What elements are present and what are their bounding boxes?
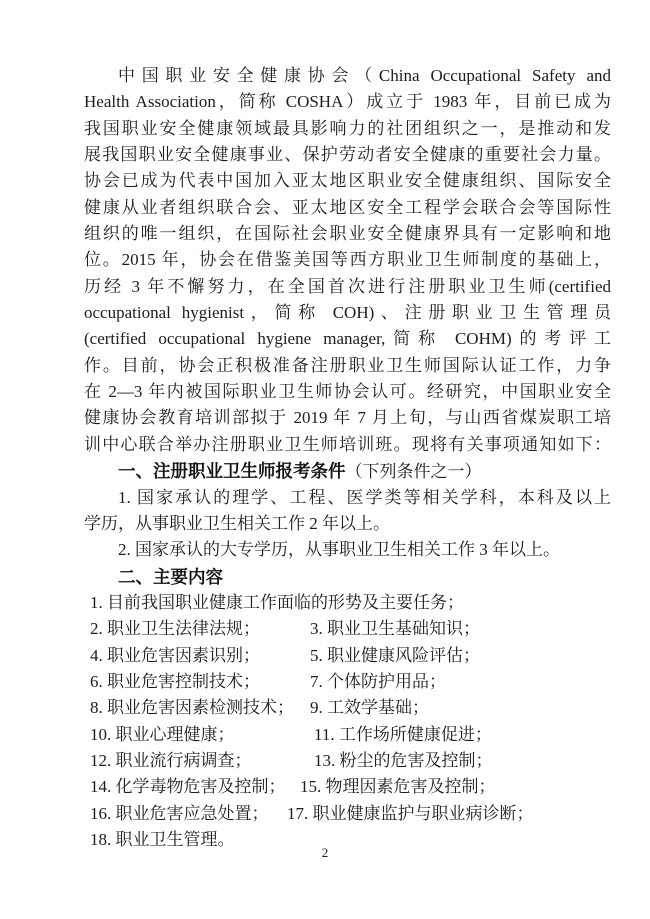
- section1-item-line: 1. 国家承认的理学、工程、医学类等相关学科，本科及以上: [84, 485, 611, 511]
- list-row: 10. 职业心理健康； 11. 工作场所健康促进；: [90, 722, 611, 748]
- paragraph-line: 作。目前，协会正积极准备注册职业卫生师国际认证工作，力争: [84, 353, 611, 379]
- page-number: 2: [0, 845, 650, 861]
- document-page: 中国职业安全健康协会（China Occupational Safety and…: [0, 0, 650, 919]
- paragraph-line: 历经 3 年不懈努力，在全国首次进行注册职业卫生师(certified: [84, 274, 611, 300]
- section1-item-line: 2. 国家承认的大专学历，从事职业卫生相关工作 3 年以上。: [84, 537, 611, 563]
- list-item: 6. 职业危害控制技术；: [90, 669, 310, 695]
- paragraph-line: 训中心联合举办注册职业卫生师培训班。现将有关事项通知如下：: [84, 432, 611, 458]
- list-row: 8. 职业危害因素检测技术； 9. 工效学基础；: [90, 695, 611, 721]
- list-row: 1. 目前我国职业健康工作面临的形势及主要任务；: [90, 590, 611, 616]
- section1-heading-note: （下列条件之一）: [346, 462, 482, 481]
- list-row: 12. 职业流行病调查； 13. 粉尘的危害及控制；: [90, 748, 611, 774]
- section1-items: 1. 国家承认的理学、工程、医学类等相关学科，本科及以上 学历，从事职业卫生相关…: [84, 485, 611, 564]
- paragraph-line: 中国职业安全健康协会（China Occupational Safety and: [84, 63, 611, 89]
- paragraph-line: occupational hygienist，简称 COH)、注册职业卫生管理员: [84, 300, 611, 326]
- section1-heading-title: 一、注册职业卫生师报考条件: [118, 461, 346, 481]
- list-item: 11. 工作场所健康促进；: [314, 722, 611, 748]
- section1-item-line: 学历，从事职业卫生相关工作 2 年以上。: [84, 511, 611, 537]
- list-row: 4. 职业危害因素识别； 5. 职业健康风险评估；: [90, 643, 611, 669]
- paragraph-line: (certified occupational hygiene manager,…: [84, 326, 611, 352]
- document-content: 中国职业安全健康协会（China Occupational Safety and…: [84, 63, 611, 853]
- paragraph-line: 健康协会教育培训部拟于 2019 年 7 月上旬，与山西省煤炭职工培: [84, 405, 611, 431]
- list-item: 7. 个体防护用品；: [310, 669, 611, 695]
- list-row: 6. 职业危害控制技术； 7. 个体防护用品；: [90, 669, 611, 695]
- paragraph-line: 位。2015 年，协会在借鉴美国等西方职业卫生师制度的基础上，: [84, 247, 611, 273]
- section1-heading: 一、注册职业卫生师报考条件（下列条件之一）: [84, 458, 611, 484]
- list-row: 14. 化学毒物危害及控制； 15. 物理因素危害及控制；: [90, 774, 611, 800]
- section2-heading: 二、主要内容: [84, 564, 611, 590]
- paragraph-line: 我国职业安全健康领域最具影响力的社团组织之一，是推动和发: [84, 116, 611, 142]
- list-item: 15. 物理因素危害及控制；: [300, 774, 611, 800]
- section2-list: 1. 目前我国职业健康工作面临的形势及主要任务； 2. 职业卫生法律法规； 3.…: [90, 590, 611, 853]
- list-item: 13. 粉尘的危害及控制；: [314, 748, 611, 774]
- list-item: 17. 职业健康监护与职业病诊断；: [287, 801, 611, 827]
- paragraph-line: Health Association，简称 COSHA）成立于 1983 年，目…: [84, 89, 611, 115]
- list-item: 16. 职业危害应急处置；: [90, 801, 287, 827]
- paragraph-line: 健康从业者组织联合会、亚太地区安全工程学会联合会等国际性: [84, 195, 611, 221]
- list-item: 12. 职业流行病调查；: [90, 748, 314, 774]
- list-item: 5. 职业健康风险评估；: [310, 643, 611, 669]
- intro-paragraph: 中国职业安全健康协会（China Occupational Safety and…: [84, 63, 611, 458]
- paragraph-line: 协会已成为代表中国加入亚太地区职业安全健康组织、国际安全: [84, 168, 611, 194]
- list-item: 1. 目前我国职业健康工作面临的形势及主要任务；: [90, 590, 464, 616]
- list-item: 2. 职业卫生法律法规；: [90, 616, 310, 642]
- paragraph-line: 展我国职业安全健康事业、保护劳动者安全健康的重要社会力量。: [84, 142, 611, 168]
- section2-heading-title: 二、主要内容: [118, 567, 223, 587]
- list-row: 16. 职业危害应急处置； 17. 职业健康监护与职业病诊断；: [90, 801, 611, 827]
- list-item: 8. 职业危害因素检测技术；: [90, 695, 310, 721]
- list-item: 9. 工效学基础；: [310, 695, 611, 721]
- list-row: 2. 职业卫生法律法规； 3. 职业卫生基础知识；: [90, 616, 611, 642]
- list-item: 3. 职业卫生基础知识；: [310, 616, 611, 642]
- list-item: 4. 职业危害因素识别；: [90, 643, 310, 669]
- paragraph-line: 组织的唯一组织，在国际社会职业安全健康界具有一定影响和地: [84, 221, 611, 247]
- paragraph-line: 在 2—3 年内被国际职业卫生师协会认可。经研究，中国职业安全: [84, 379, 611, 405]
- list-item: 10. 职业心理健康；: [90, 722, 314, 748]
- list-item: 14. 化学毒物危害及控制；: [90, 774, 300, 800]
